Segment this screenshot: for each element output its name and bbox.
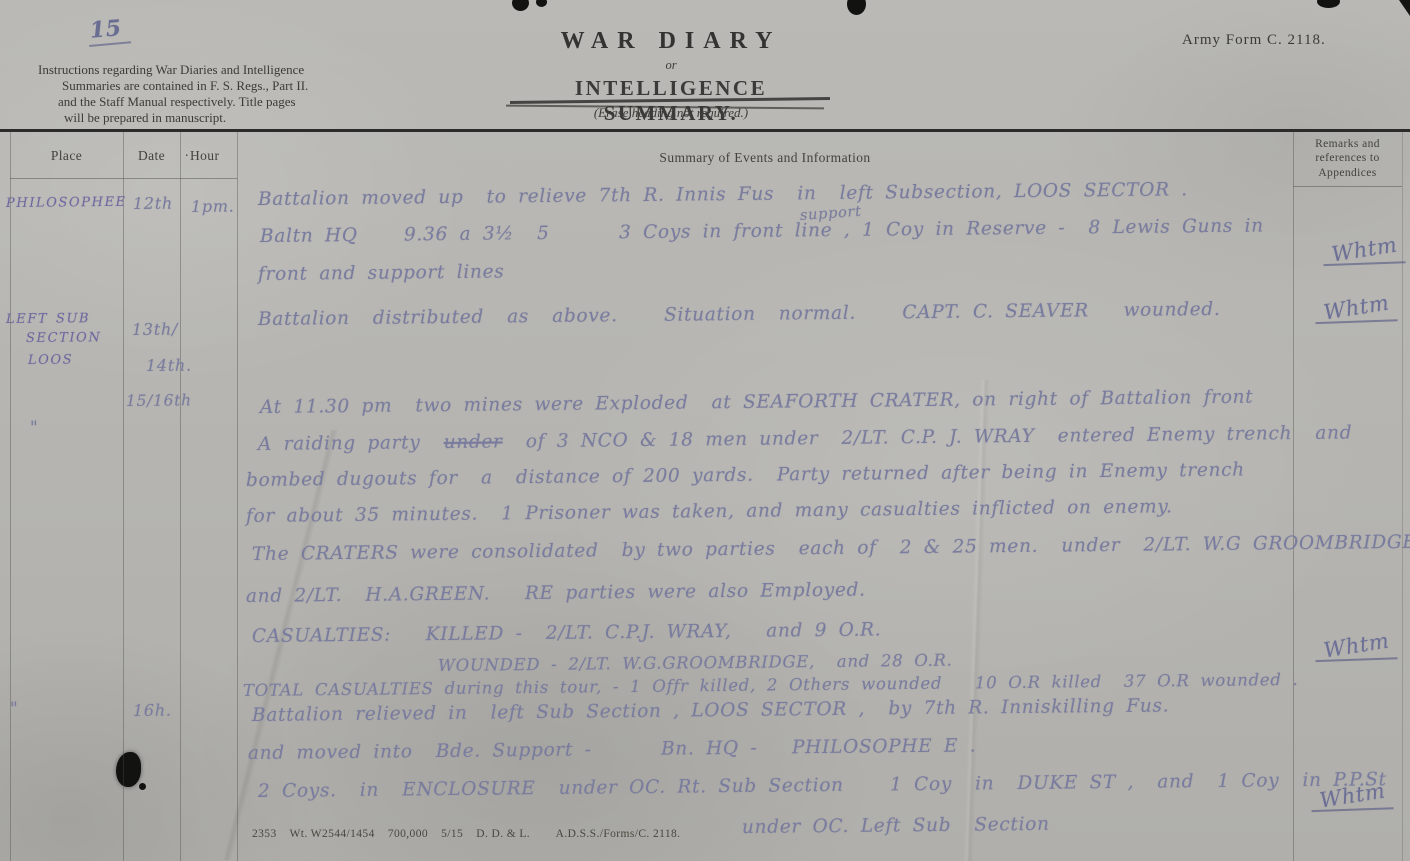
erase-heading-note: (Erase heading not required.) <box>545 105 797 121</box>
instructions-line: Instructions regarding War Diaries and I… <box>38 62 388 78</box>
table-line <box>1402 131 1403 861</box>
war-diary-document: 15 Army Form C. 2118. WAR DIARY or INTEL… <box>0 0 1410 861</box>
remark-signature: Whtm <box>1320 290 1394 328</box>
entry-summary-line: A raiding party under of 3 NCO & 18 men … <box>258 423 1352 455</box>
entry-place: LEFT SUB <box>6 311 90 327</box>
remark-signature: Whtm <box>1328 232 1402 270</box>
instructions-line: and the Staff Manual respectively. Title… <box>38 94 388 110</box>
printer-imprint: 2353 Wt. W2544/1454 700,000 5/15 D. D. &… <box>252 828 680 840</box>
entry-hour: 1pm. <box>191 197 235 216</box>
instructions-block: Instructions regarding War Diaries and I… <box>38 62 388 125</box>
entry-date: 12th <box>133 194 173 213</box>
line-part: of 3 NCO & 18 men under 2/LT. C.P. J. WR… <box>503 423 1353 453</box>
entry-summary-line: WOUNDED - 2/LT. W.G.GROOMBRIDGE, and 28 … <box>438 651 953 675</box>
table-line <box>123 131 124 861</box>
entry-place: SECTION <box>26 330 102 346</box>
col-header-summary: Summary of Events and Information <box>237 150 1293 166</box>
entry-date: 15/16th <box>126 391 192 410</box>
form-title-or: or <box>545 58 797 73</box>
table-line <box>1293 131 1294 861</box>
col-header-remarks: Remarks and references to Appendices <box>1295 137 1400 180</box>
ink-blot <box>139 783 146 790</box>
entry-place: LOOS <box>28 353 73 368</box>
entry-place: PHILOSOPHEE <box>6 195 127 211</box>
entry-date: 14th. <box>146 356 192 375</box>
entry-summary-line: front and support lines <box>258 261 505 285</box>
col-header-place: Place <box>10 148 123 164</box>
entry-place-ditto: " <box>30 418 39 438</box>
header-rule <box>0 129 1410 132</box>
punch-mark <box>512 0 529 11</box>
page-number: 15 <box>87 14 131 47</box>
entry-date: 13th/ <box>132 320 178 339</box>
form-title: WAR DIARY <box>545 28 797 55</box>
army-form-number: Army Form C. 2118. <box>1182 32 1326 49</box>
entry-summary-line: Battalion moved up to relieve 7th R. Inn… <box>258 179 1188 210</box>
header-cell-rule <box>1293 186 1402 187</box>
table-line <box>237 131 238 861</box>
entry-summary-line: At 11.30 pm two mines were Exploded at S… <box>260 387 1254 418</box>
punch-mark <box>1317 0 1340 8</box>
line-part: A raiding party <box>258 432 444 455</box>
entry-place-ditto: " <box>10 699 19 719</box>
entry-summary-line: Battalion distributed as above. Situatio… <box>258 299 1221 330</box>
table-line <box>180 131 181 861</box>
corner-mark <box>1399 0 1410 16</box>
instructions-line: will be prepared in manuscript. <box>38 110 388 126</box>
col-header-date: Date <box>123 148 180 164</box>
col-header-hour: Hour <box>190 148 236 164</box>
entry-date: 16h. <box>133 701 172 720</box>
table-line <box>10 131 11 861</box>
punch-mark <box>847 0 866 15</box>
instructions-line: Summaries are contained in F. S. Regs., … <box>38 78 388 94</box>
struck-word: under <box>444 431 503 453</box>
ink-blot <box>116 752 141 787</box>
remark-signature: Whtm <box>1320 628 1394 666</box>
header-cell-rule <box>10 178 237 179</box>
punch-mark <box>536 0 547 7</box>
entry-summary-line: under OC. Left Sub Section <box>742 814 1050 838</box>
entry-summary-line: Baltn HQ 9.36 a 3½ 5 3 Coys in front lin… <box>260 215 1264 247</box>
